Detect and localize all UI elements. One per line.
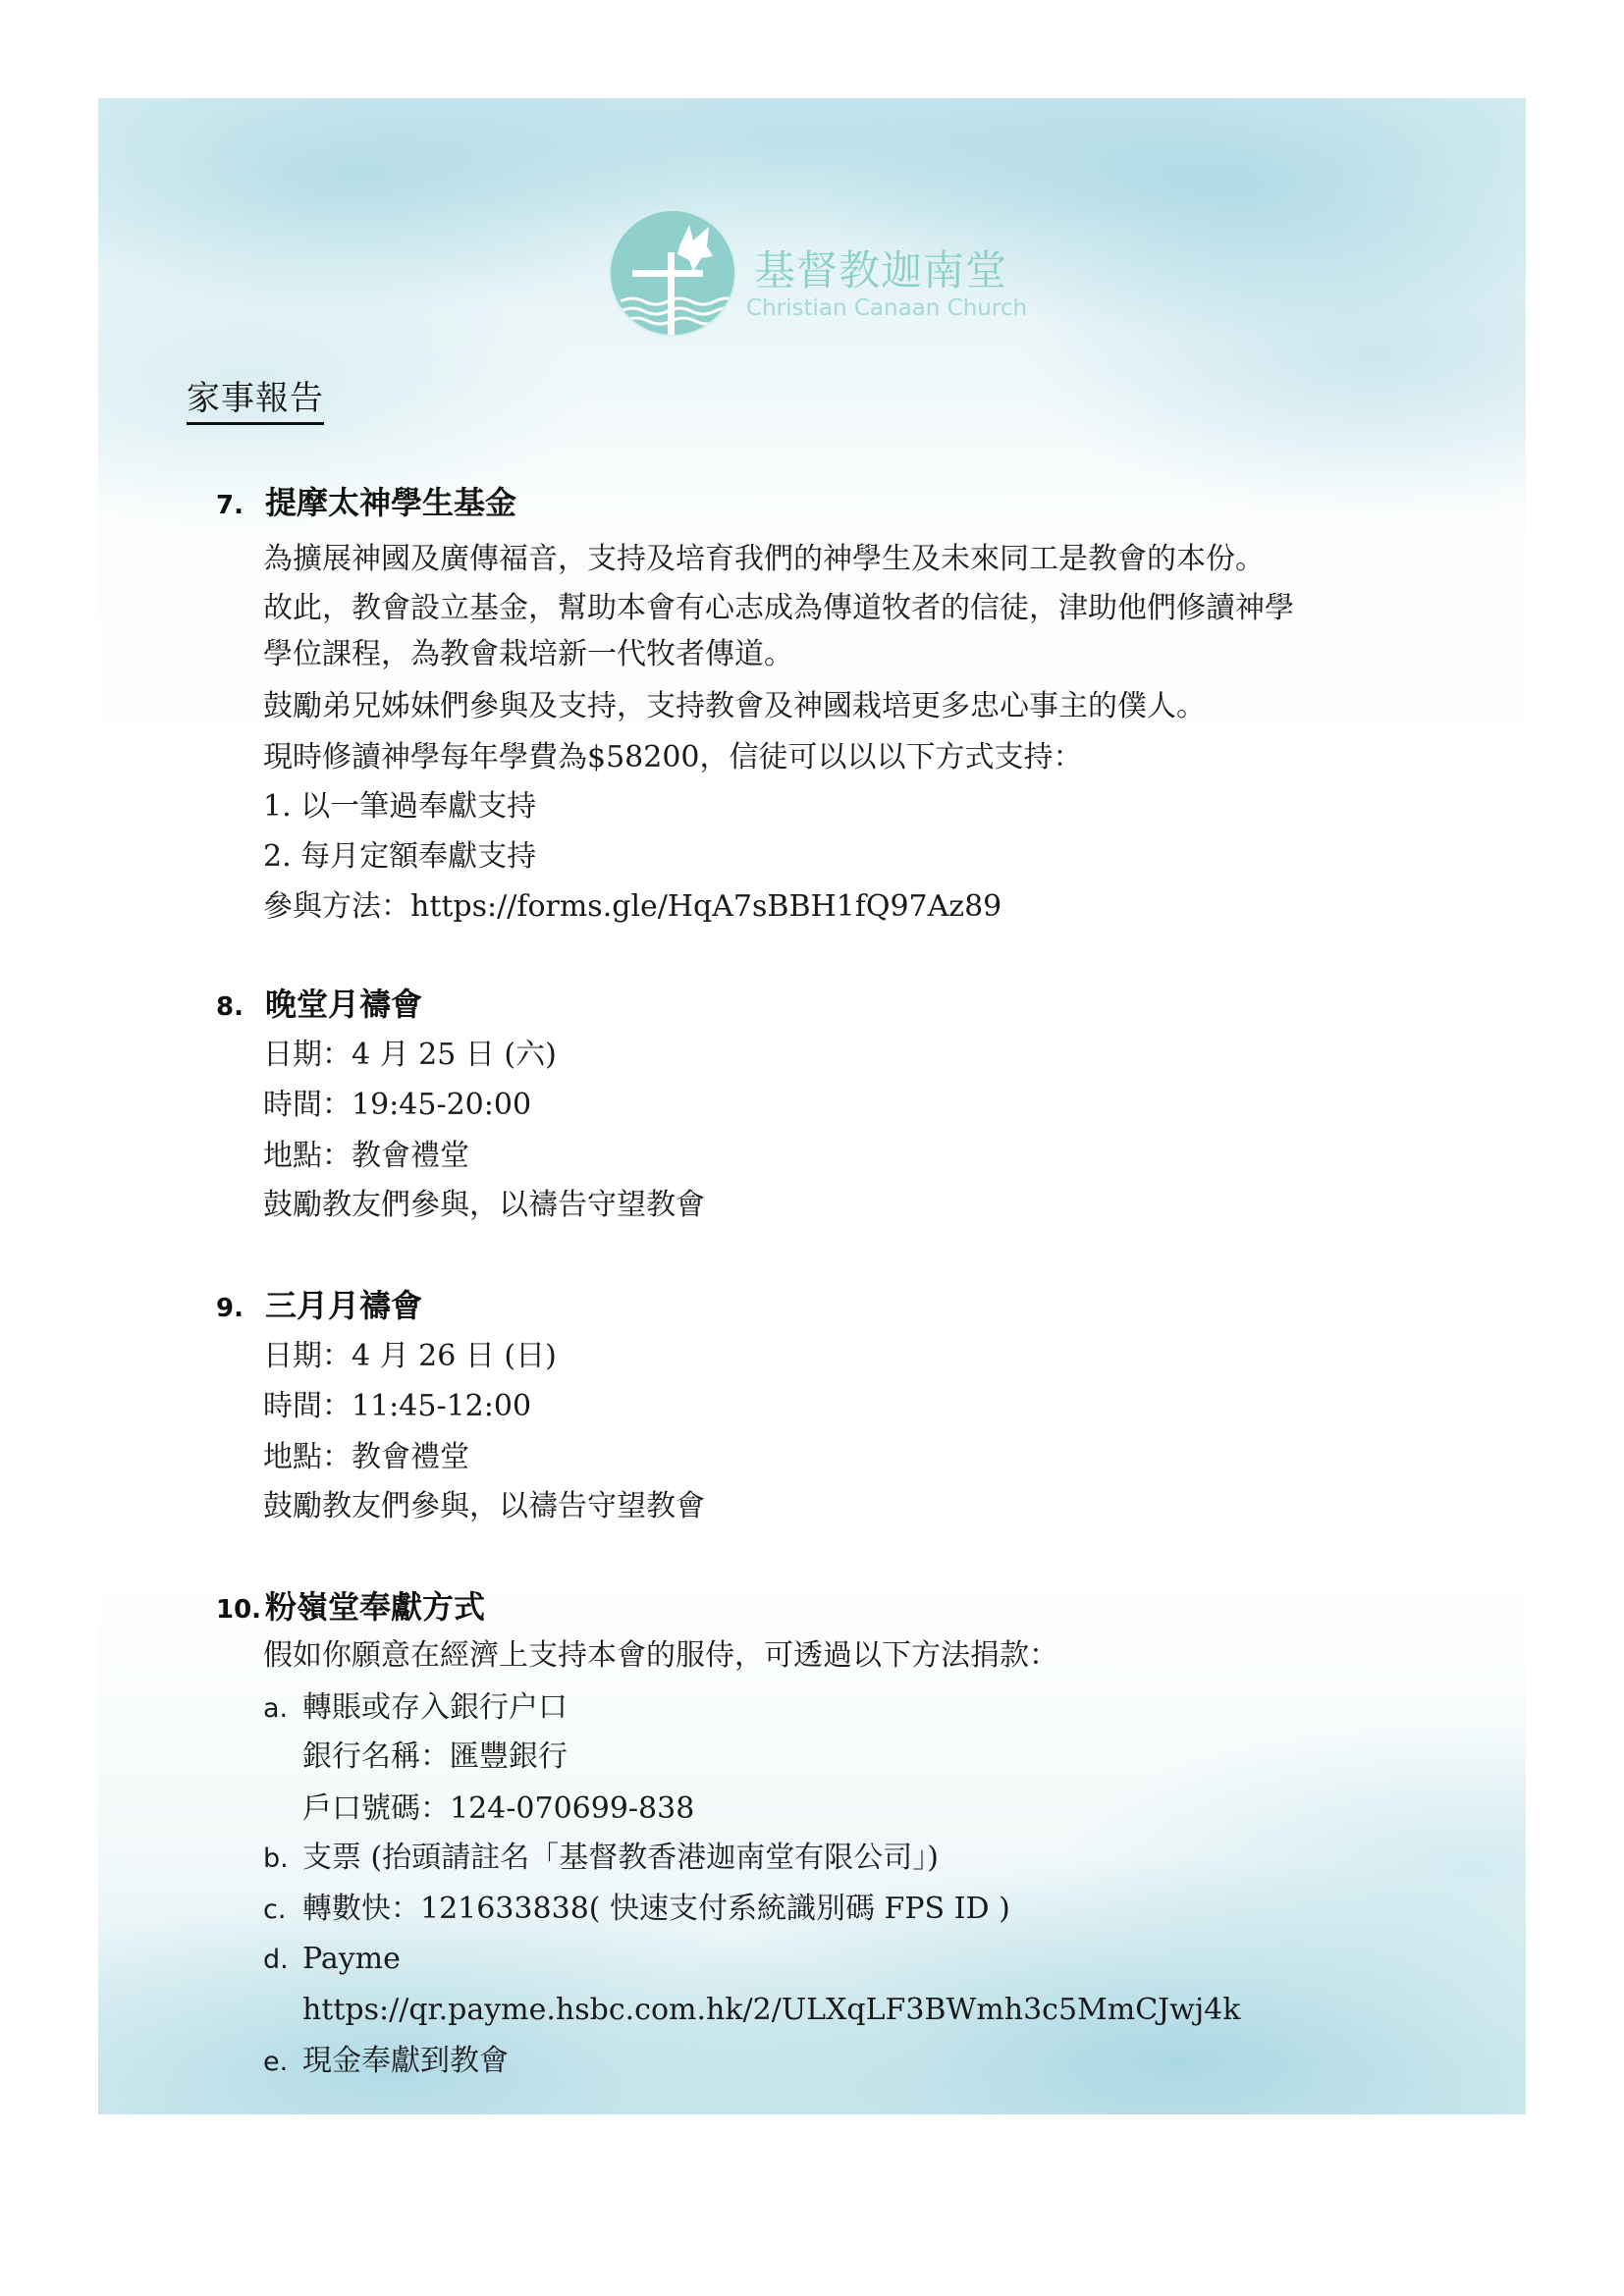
method-label: e.	[263, 2043, 302, 2082]
item-number: 10.	[216, 1590, 265, 1629]
item-8-title: 8.晚堂月禱會	[216, 985, 422, 1027]
join-form-link[interactable]: https://forms.gle/HqA7sBBH1fQ97Az89	[410, 889, 1001, 924]
donation-intro: 假如你願意在經濟上支持本會的服侍，可透過以下方法捐款：	[263, 1636, 1058, 1676]
bank-name: 銀行名稱：匯豐銀行	[263, 1737, 568, 1777]
church-logo: 基督教迦南堂 Christian Canaan Church	[609, 209, 1041, 341]
item-7-line: 學位課程，為教會栽培新一代牧者傳道。	[263, 635, 793, 674]
event-location: 地點：教會禮堂	[263, 1438, 469, 1477]
logo-name-english: Christian Canaan Church	[746, 295, 1027, 321]
item-title-text: 粉嶺堂奉獻方式	[265, 1588, 485, 1626]
donation-method-b: b.支票 (抬頭請註名「基督教香港迦南堂有限公司」)	[263, 1839, 939, 1879]
payme-link-row: https://qr.payme.hsbc.com.hk/2/ULXqLF3BW…	[263, 1991, 1240, 2030]
event-date: 日期：4 月 26 日 (日)	[263, 1337, 557, 1376]
event-location: 地點：教會禮堂	[263, 1137, 469, 1176]
method-text: Payme	[302, 1942, 401, 1976]
method-label: b.	[263, 1840, 302, 1879]
item-number: 9.	[216, 1289, 265, 1328]
method-text: 轉賬或存入銀行户口	[302, 1690, 568, 1725]
item-title-text: 三月月禱會	[265, 1287, 422, 1324]
cross-dove-waves-icon	[609, 209, 736, 337]
join-label: 參與方法：	[263, 889, 410, 924]
item-number: 7.	[216, 486, 265, 525]
item-7-line: 現時修讀神學每年學費為$58200，信徒可以以以下方式支持：	[263, 738, 1083, 777]
payme-link[interactable]: https://qr.payme.hsbc.com.hk/2/ULXqLF3BW…	[302, 1993, 1240, 2027]
item-title-text: 提摩太神學生基金	[265, 484, 516, 521]
join-method: 參與方法：https://forms.gle/HqA7sBBH1fQ97Az89	[263, 887, 1001, 927]
method-text: 轉數快：121633838( 快速支付系統識別碼 FPS ID )	[302, 1892, 1010, 1926]
donation-method-c: c.轉數快：121633838( 快速支付系統識別碼 FPS ID )	[263, 1890, 1010, 1930]
bank-account-number: 戶口號碼：124-070699-838	[263, 1789, 694, 1829]
item-7-line: 鼓勵弟兄姊妹們參與及支持，支持教會及神國栽培更多忠心事主的僕人。	[263, 687, 1206, 726]
item-number: 8.	[216, 988, 265, 1027]
item-7-line: 為擴展神國及廣傳福音，支持及培育我們的神學生及未來同工是教會的本份。	[263, 540, 1265, 579]
page-title: 家事報告	[187, 379, 324, 425]
method-label: a.	[263, 1689, 302, 1729]
method-label: d.	[263, 1941, 302, 1980]
method-text: 支票 (抬頭請註名「基督教香港迦南堂有限公司」)	[302, 1841, 939, 1875]
support-option-2: 2. 每月定額奉獻支持	[263, 837, 536, 877]
logo-name-chinese: 基督教迦南堂	[754, 239, 1007, 297]
method-text: 現金奉獻到教會	[302, 2044, 509, 2078]
item-7-title: 7.提摩太神學生基金	[216, 483, 516, 525]
donation-method-a: a.轉賬或存入銀行户口	[263, 1688, 568, 1729]
method-text: 戶口號碼：124-070699-838	[302, 1791, 694, 1826]
donation-method-e: e.現金奉獻到教會	[263, 2042, 509, 2082]
event-note: 鼓勵教友們參與，以禱告守望教會	[263, 1186, 705, 1225]
event-time: 時間：19:45-20:00	[263, 1086, 531, 1125]
item-title-text: 晚堂月禱會	[265, 986, 422, 1023]
item-9-title: 9.三月月禱會	[216, 1286, 422, 1328]
item-7-line: 故此，教會設立基金，幫助本會有心志成為傳道牧者的信徒，津助他們修讀神學	[263, 589, 1294, 628]
method-text: 銀行名稱：匯豐銀行	[302, 1739, 568, 1774]
event-note: 鼓勵教友們參與，以禱告守望教會	[263, 1487, 705, 1526]
item-10-title: 10.粉嶺堂奉獻方式	[216, 1587, 485, 1629]
donation-method-d: d.Payme	[263, 1940, 401, 1980]
event-date: 日期：4 月 25 日 (六)	[263, 1036, 557, 1075]
method-label: c.	[263, 1891, 302, 1930]
event-time: 時間：11:45-12:00	[263, 1387, 531, 1426]
support-option-1: 1. 以一筆過奉獻支持	[263, 787, 536, 827]
